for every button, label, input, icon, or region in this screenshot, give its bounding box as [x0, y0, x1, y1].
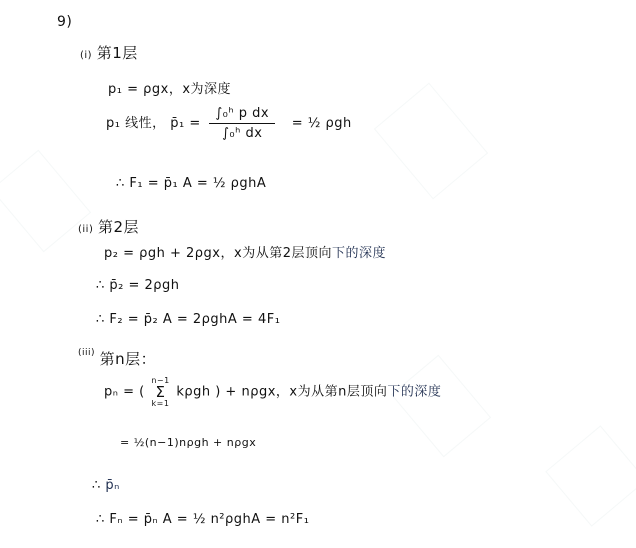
part-i-heading: (i) 第1层	[80, 42, 138, 63]
equation-rhs: = ½ ρgh	[292, 116, 352, 131]
sum-body: kρgh ) + nρgx	[176, 385, 276, 400]
equation-p2-average: ∴ p̄₂ = 2ρgh	[96, 278, 180, 293]
problem-number: 9)	[57, 14, 72, 30]
pn-average-symbol: p̄ₙ	[105, 478, 119, 493]
part-iii-heading: (iii) 第n层：	[78, 348, 156, 369]
equation-note-blue: 下的深度	[332, 246, 386, 261]
equation-pn-definition: pₙ = ( n−1 Σ k=1 kρgh ) + nρgx，x为从第n层顶向下…	[104, 376, 441, 408]
equation-note-blue: 下的深度	[387, 385, 441, 400]
equation-pn-simplified: = ½(n−1)nρgh + nρgx	[120, 436, 256, 449]
fraction: ∫₀ʰ p dx ∫₀ʰ dx	[209, 106, 275, 141]
part-title: 第1层	[97, 44, 138, 62]
equation-pn-average: ∴ p̄ₙ	[92, 478, 120, 493]
equation-prefix: p₁ 线性，	[106, 116, 166, 131]
equation: p₁ = ρgx	[108, 82, 169, 97]
fraction-numerator: ∫₀ʰ p dx	[209, 106, 275, 124]
part-ii-heading: (ii) 第2层	[78, 216, 139, 237]
watermark-shape	[374, 83, 488, 200]
fraction-denominator: ∫₀ʰ dx	[222, 124, 262, 141]
part-title: 第n层：	[100, 350, 157, 368]
equation-F2: ∴ F₂ = p̄₂ A = 2ρghA = 4F₁	[96, 312, 280, 327]
equation-lhs: p̄₁ =	[170, 116, 201, 131]
part-label: (i)	[80, 50, 92, 61]
equation-F1: ∴ F₁ = p̄₁ A = ½ ρghA	[116, 176, 266, 191]
equation-note: ，x为从第2层顶向	[221, 246, 332, 261]
equation-p2-definition: p₂ = ρgh + 2ρgx，x为从第2层顶向下的深度	[104, 242, 386, 261]
equation-Fn: ∴ Fₙ = p̄ₙ A = ½ n²ρghA = n²F₁	[96, 512, 309, 527]
summation: n−1 Σ k=1	[151, 376, 169, 408]
therefore-symbol: ∴	[92, 478, 105, 493]
equation-note: ，x为深度	[169, 82, 231, 97]
equation-p1-definition: p₁ = ρgx，x为深度	[108, 78, 231, 97]
equation-lhs: pₙ = (	[104, 385, 145, 400]
part-label: (iii)	[78, 348, 95, 358]
watermark-shape	[545, 425, 636, 526]
part-label: (ii)	[78, 224, 93, 235]
equation-note: ，x为从第n层顶向	[276, 385, 387, 400]
equation: p₂ = ρgh + 2ρgx	[104, 246, 221, 261]
equation-p1-average: p₁ 线性， p̄₁ = ∫₀ʰ p dx ∫₀ʰ dx = ½ ρgh	[106, 106, 352, 141]
sigma-icon: Σ	[156, 385, 166, 399]
part-title: 第2层	[98, 218, 139, 236]
sum-lower-limit: k=1	[152, 399, 170, 408]
